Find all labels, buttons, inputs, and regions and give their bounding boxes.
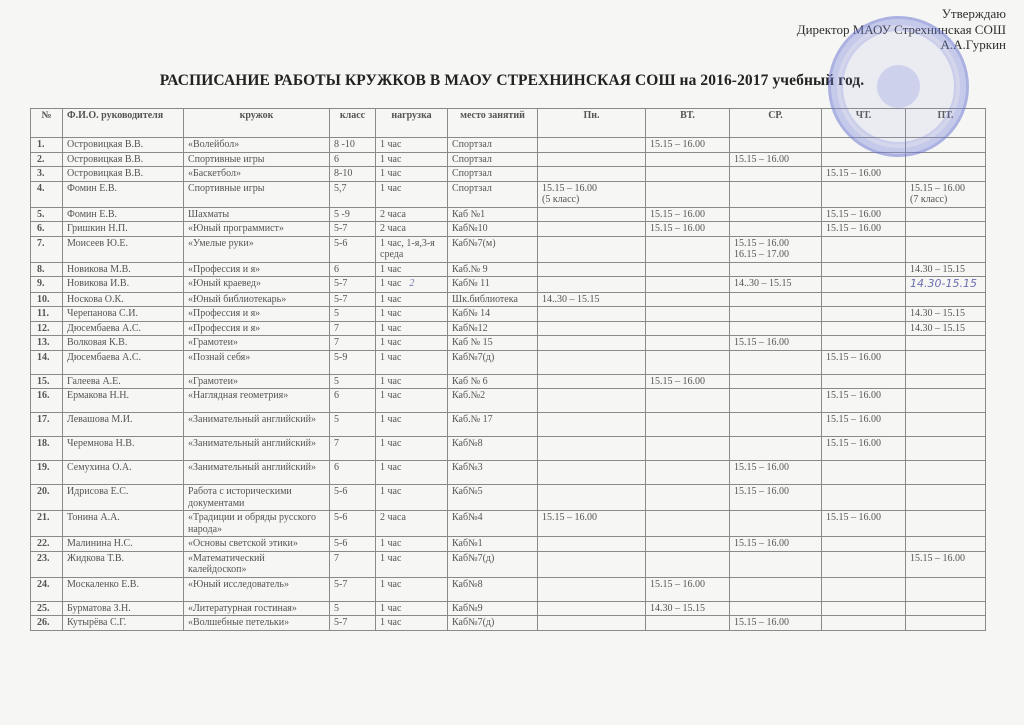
cell-club: «Традиции и обряды русского народа»	[184, 511, 330, 537]
cell-thu	[822, 374, 906, 389]
cell-wed: 15.15 – 16.00	[730, 537, 822, 552]
load-value: 1 час	[380, 603, 401, 614]
load-value: 1 час	[380, 264, 401, 275]
cell-num: 9.	[31, 277, 63, 293]
page-title: РАСПИСАНИЕ РАБОТЫ КРУЖКОВ В МАОУ СТРЕХНИ…	[0, 72, 1024, 90]
cell-club: «Занимательный английский»	[184, 413, 330, 437]
cell-club: «Занимательный английский»	[184, 461, 330, 485]
cell-mon	[538, 350, 646, 374]
cell-mon	[538, 277, 646, 293]
place-value: Каб№7(д)	[452, 352, 494, 363]
club-value: «Занимательный английский»	[188, 438, 316, 449]
cell-num: 16.	[31, 389, 63, 413]
cell-tue: 15.15 – 16.00	[646, 138, 730, 153]
cell-fri	[906, 511, 986, 537]
cell-load: 1 час	[376, 167, 448, 182]
cell-grade: 5-7	[330, 616, 376, 631]
cell-teacher: Гришкин Н.П.	[63, 222, 184, 237]
table-row: 9.Новикова И.В.«Юный краевед»5-71 час2Ка…	[31, 277, 986, 293]
num-value: 24.	[37, 579, 50, 590]
header-thu: ЧТ.	[822, 109, 906, 138]
cell-num: 10.	[31, 292, 63, 307]
mon-value: 14..30 – 15.15	[542, 294, 600, 305]
cell-teacher: Семухина О.А.	[63, 461, 184, 485]
place-value: Каб№10	[452, 223, 488, 234]
cell-thu	[822, 321, 906, 336]
cell-num: 14.	[31, 350, 63, 374]
cell-wed	[730, 601, 822, 616]
cell-grade: 5-7	[330, 277, 376, 293]
cell-wed	[730, 222, 822, 237]
cell-place: Спортзал	[448, 152, 538, 167]
teacher-value: Малинина Н.С.	[67, 538, 133, 549]
cell-mon	[538, 437, 646, 461]
table-row: 24.Москаленко Е.В.«Юный исследователь»5-…	[31, 577, 986, 601]
load-value: 1 час	[380, 390, 401, 401]
fri-value: 15.15 – 16.00 (7 класс)	[910, 183, 965, 206]
wed-value: 15.15 – 16.00	[734, 486, 789, 497]
cell-mon	[538, 236, 646, 262]
fri-value: 14.30-15.15	[910, 277, 977, 290]
place-value: Спортзал	[452, 183, 492, 194]
teacher-value: Кутырёва С.Г.	[67, 617, 126, 628]
cell-tue	[646, 616, 730, 631]
cell-place: Каб № 15	[448, 336, 538, 351]
cell-wed	[730, 207, 822, 222]
cell-num: 18.	[31, 437, 63, 461]
cell-club: «Литературная гостиная»	[184, 601, 330, 616]
cell-teacher: Островицкая В.В.	[63, 138, 184, 153]
cell-teacher: Моисеев Ю.Е.	[63, 236, 184, 262]
teacher-value: Галеева А.Е.	[67, 376, 121, 387]
load-value: 1 час	[380, 486, 401, 497]
header-teacher: Ф.И.О. руководителя	[63, 109, 184, 138]
cell-load: 1 час	[376, 601, 448, 616]
cell-load: 1 час	[376, 321, 448, 336]
club-value: «Волшебные петельки»	[188, 617, 289, 628]
table-row: 13.Волковая К.В.«Грамотеи»71 часКаб № 15…	[31, 336, 986, 351]
club-value: «Волейбол»	[188, 139, 239, 150]
num-value: 10.	[37, 294, 50, 305]
thu-value: 15.15 – 16.00	[826, 512, 881, 523]
cell-fri	[906, 236, 986, 262]
table-row: 23.Жидкова Т.В.«Математический калейдоск…	[31, 551, 986, 577]
cell-fri	[906, 336, 986, 351]
teacher-value: Черемнова Н.В.	[67, 438, 134, 449]
table-row: 4.Фомин Е.В.Спортивные игры5,71 часСпорт…	[31, 181, 986, 207]
grade-value: 5-7	[334, 294, 347, 305]
cell-load: 1 час	[376, 551, 448, 577]
cell-grade: 5 -9	[330, 207, 376, 222]
cell-grade: 7	[330, 551, 376, 577]
club-value: «Занимательный английский»	[188, 462, 316, 473]
cell-fri	[906, 601, 986, 616]
cell-fri	[906, 222, 986, 237]
num-value: 18.	[37, 438, 50, 449]
cell-place: Каб.№ 17	[448, 413, 538, 437]
club-value: «Грамотеи»	[188, 376, 238, 387]
num-value: 20.	[37, 486, 50, 497]
cell-fri	[906, 152, 986, 167]
cell-load: 1 час	[376, 181, 448, 207]
cell-wed	[730, 437, 822, 461]
grade-value: 5	[334, 308, 339, 319]
club-value: «Юный исследователь»	[188, 579, 289, 590]
header-wed: СР.	[730, 109, 822, 138]
cell-teacher: Черепанова С.И.	[63, 307, 184, 322]
place-value: Каб№9	[452, 603, 483, 614]
thu-value: 15.15 – 16.00	[826, 438, 881, 449]
cell-place: Каб№9	[448, 601, 538, 616]
cell-place: Каб№ 11	[448, 277, 538, 293]
cell-place: Каб№1	[448, 537, 538, 552]
cell-load: 2 часа	[376, 207, 448, 222]
cell-wed	[730, 511, 822, 537]
cell-thu	[822, 138, 906, 153]
cell-place: Каб№12	[448, 321, 538, 336]
club-value: «Литературная гостиная»	[188, 603, 297, 614]
cell-club: «Юный краевед»	[184, 277, 330, 293]
load-value: 1 час	[380, 538, 401, 549]
club-value: «Профессия и я»	[188, 264, 260, 275]
cell-teacher: Фомин Е.В.	[63, 207, 184, 222]
cell-teacher: Кутырёва С.Г.	[63, 616, 184, 631]
teacher-value: Новикова М.В.	[67, 264, 131, 275]
teacher-value: Островицкая В.В.	[67, 154, 143, 165]
load-value: 1 час	[380, 337, 401, 348]
cell-tue	[646, 277, 730, 293]
cell-mon	[538, 336, 646, 351]
cell-thu	[822, 616, 906, 631]
table-row: 16.Ермакова Н.Н.«Наглядная геометрия»61 …	[31, 389, 986, 413]
load-value: 2 часа	[380, 223, 406, 234]
tue-value: 14.30 – 15.15	[650, 603, 705, 614]
cell-mon	[538, 389, 646, 413]
cell-grade: 5-7	[330, 577, 376, 601]
grade-value: 6	[334, 154, 339, 165]
cell-tue	[646, 413, 730, 437]
grade-value: 5-9	[334, 352, 347, 363]
cell-thu	[822, 292, 906, 307]
cell-club: «Наглядная геометрия»	[184, 389, 330, 413]
teacher-value: Жидкова Т.В.	[67, 553, 124, 564]
num-value: 17.	[37, 414, 50, 425]
cell-teacher: Волковая К.В.	[63, 336, 184, 351]
num-value: 12.	[37, 323, 50, 334]
cell-fri	[906, 437, 986, 461]
cell-fri	[906, 292, 986, 307]
table-row: 15.Галеева А.Е.«Грамотеи»51 часКаб № 615…	[31, 374, 986, 389]
cell-fri	[906, 138, 986, 153]
cell-fri	[906, 413, 986, 437]
cell-club: «Занимательный английский»	[184, 437, 330, 461]
cell-wed: 15.15 – 16.00	[730, 616, 822, 631]
teacher-value: Черепанова С.И.	[67, 308, 138, 319]
fri-value: 14.30 – 15.15	[910, 308, 965, 319]
cell-wed	[730, 307, 822, 322]
cell-teacher: Москаленко Е.В.	[63, 577, 184, 601]
cell-mon	[538, 577, 646, 601]
teacher-value: Островицкая В.В.	[67, 139, 143, 150]
cell-mon	[538, 262, 646, 277]
cell-thu: 15.15 – 16.00	[822, 413, 906, 437]
cell-num: 13.	[31, 336, 63, 351]
cell-thu	[822, 277, 906, 293]
tue-value: 15.15 – 16.00	[650, 139, 705, 150]
cell-tue	[646, 236, 730, 262]
table-row: 2.Островицкая В.В.Спортивные игры61 часС…	[31, 152, 986, 167]
cell-tue	[646, 292, 730, 307]
table-row: 11.Черепанова С.И.«Профессия и я»51 часК…	[31, 307, 986, 322]
place-value: Каб№3	[452, 462, 483, 473]
club-value: Работа с историческими документами	[188, 486, 292, 509]
table-row: 3.Островицкая В.В.«Баскетбол»8-101 часСп…	[31, 167, 986, 182]
num-value: 25.	[37, 603, 50, 614]
cell-wed	[730, 389, 822, 413]
cell-load: 1 час	[376, 336, 448, 351]
cell-fri	[906, 389, 986, 413]
cell-mon	[538, 413, 646, 437]
mon-value: 15.15 – 16.00	[542, 512, 597, 523]
num-value: 23.	[37, 553, 50, 564]
cell-place: Каб№5	[448, 485, 538, 511]
grade-value: 5-6	[334, 238, 347, 249]
grade-value: 5	[334, 603, 339, 614]
cell-club: «Волейбол»	[184, 138, 330, 153]
cell-wed	[730, 262, 822, 277]
cell-grade: 5	[330, 307, 376, 322]
table-row: 19.Семухина О.А.«Занимательный английски…	[31, 461, 986, 485]
cell-teacher: Дюсембаева А.С.	[63, 350, 184, 374]
tue-value: 15.15 – 16.00	[650, 579, 705, 590]
cell-wed	[730, 374, 822, 389]
cell-num: 12.	[31, 321, 63, 336]
cell-fri	[906, 616, 986, 631]
teacher-value: Тонина А.А.	[67, 512, 120, 523]
fri-value: 15.15 – 16.00	[910, 553, 965, 564]
cell-thu: 15.15 – 16.00	[822, 511, 906, 537]
cell-tue	[646, 152, 730, 167]
cell-place: Каб № 6	[448, 374, 538, 389]
cell-grade: 5-6	[330, 537, 376, 552]
cell-thu	[822, 537, 906, 552]
cell-club: «Профессия и я»	[184, 321, 330, 336]
num-value: 3.	[37, 168, 45, 179]
club-value: «Юный краевед»	[188, 278, 261, 289]
table-row: 8.Новикова М.В.«Профессия и я»61 часКаб.…	[31, 262, 986, 277]
cell-mon	[538, 485, 646, 511]
header-num: №	[31, 109, 63, 138]
cell-fri	[906, 167, 986, 182]
teacher-value: Бурматова З.Н.	[67, 603, 131, 614]
cell-fri	[906, 577, 986, 601]
cell-thu: 15.15 – 16.00	[822, 350, 906, 374]
cell-teacher: Левашова М.И.	[63, 413, 184, 437]
num-value: 1.	[37, 139, 45, 150]
cell-thu	[822, 601, 906, 616]
cell-num: 15.	[31, 374, 63, 389]
schedule-table: № Ф.И.О. руководителя кружок класс нагру…	[30, 108, 986, 631]
num-value: 13.	[37, 337, 50, 348]
cell-load: 1 час	[376, 307, 448, 322]
approval-block: Утверждаю Директор МАОУ Стрехнинская СОШ…	[797, 6, 1006, 53]
grade-value: 8-10	[334, 168, 352, 179]
cell-place: Каб.№2	[448, 389, 538, 413]
cell-place: Каб№ 14	[448, 307, 538, 322]
cell-place: Каб№3	[448, 461, 538, 485]
num-value: 14.	[37, 352, 50, 363]
table-row: 6.Гришкин Н.П.«Юный программист»5-72 час…	[31, 222, 986, 237]
cell-load: 1 час	[376, 350, 448, 374]
cell-tue	[646, 551, 730, 577]
cell-teacher: Дюсембаева А.С.	[63, 321, 184, 336]
cell-load: 1 час, 1-я,3-я среда	[376, 236, 448, 262]
cell-tue	[646, 321, 730, 336]
cell-mon	[538, 461, 646, 485]
cell-thu	[822, 262, 906, 277]
cell-grade: 5-6	[330, 511, 376, 537]
teacher-value: Левашова М.И.	[67, 414, 133, 425]
cell-fri	[906, 461, 986, 485]
load-value: 1 час	[380, 154, 401, 165]
cell-tue	[646, 336, 730, 351]
cell-club: «Грамотеи»	[184, 336, 330, 351]
table-row: 5.Фомин Е.В.Шахматы5 -92 часаКаб №115.15…	[31, 207, 986, 222]
cell-grade: 6	[330, 389, 376, 413]
num-value: 19.	[37, 462, 50, 473]
load-value: 1 час	[380, 352, 401, 363]
table-row: 26.Кутырёва С.Г.«Волшебные петельки»5-71…	[31, 616, 986, 631]
cell-teacher: Островицкая В.В.	[63, 167, 184, 182]
num-value: 2.	[37, 154, 45, 165]
cell-wed: 15.15 – 16.00	[730, 461, 822, 485]
cell-load: 1 час	[376, 485, 448, 511]
cell-num: 6.	[31, 222, 63, 237]
num-value: 15.	[37, 376, 50, 387]
cell-fri	[906, 374, 986, 389]
load-value: 2 часа	[380, 209, 406, 220]
cell-num: 8.	[31, 262, 63, 277]
place-value: Каб № 6	[452, 376, 488, 387]
cell-load: 1 час	[376, 262, 448, 277]
cell-teacher: Новикова М.В.	[63, 262, 184, 277]
thu-value: 15.15 – 16.00	[826, 414, 881, 425]
grade-value: 5-7	[334, 617, 347, 628]
cell-fri: 14.30-15.15	[906, 277, 986, 293]
club-value: «Юный программист»	[188, 223, 284, 234]
place-value: Каб№4	[452, 512, 483, 523]
club-value: «Баскетбол»	[188, 168, 241, 179]
cell-club: «Познай себя»	[184, 350, 330, 374]
handwritten-mark: 2	[409, 278, 414, 289]
cell-mon	[538, 537, 646, 552]
cell-tue	[646, 350, 730, 374]
place-value: Спортзал	[452, 168, 492, 179]
cell-num: 5.	[31, 207, 63, 222]
cell-mon: 14..30 – 15.15	[538, 292, 646, 307]
cell-teacher: Малинина Н.С.	[63, 537, 184, 552]
cell-club: «Математический калейдоскоп»	[184, 551, 330, 577]
cell-mon: 15.15 – 16.00 (5 класс)	[538, 181, 646, 207]
load-value: 1 час	[380, 139, 401, 150]
num-value: 16.	[37, 390, 50, 401]
num-value: 9.	[37, 278, 45, 289]
cell-tue	[646, 181, 730, 207]
cell-place: Каб№7(д)	[448, 616, 538, 631]
cell-load: 1 час	[376, 413, 448, 437]
wed-value: 14..30 – 15.15	[734, 278, 792, 289]
cell-place: Каб№7(м)	[448, 236, 538, 262]
cell-num: 11.	[31, 307, 63, 322]
cell-mon	[538, 321, 646, 336]
cell-load: 1 час	[376, 374, 448, 389]
club-value: Спортивные игры	[188, 154, 265, 165]
cell-wed: 15.15 – 16.00	[730, 485, 822, 511]
place-value: Спортзал	[452, 139, 492, 150]
cell-fri: 14.30 – 15.15	[906, 262, 986, 277]
grade-value: 7	[334, 337, 339, 348]
thu-value: 15.15 – 16.00	[826, 223, 881, 234]
cell-place: Шк.библиотека	[448, 292, 538, 307]
cell-tue	[646, 389, 730, 413]
teacher-value: Дюсембаева А.С.	[67, 323, 141, 334]
cell-grade: 5-6	[330, 236, 376, 262]
table-row: 7.Моисеев Ю.Е.«Умелые руки»5-61 час, 1-я…	[31, 236, 986, 262]
club-value: «Юный библиотекарь»	[188, 294, 286, 305]
grade-value: 5	[334, 376, 339, 387]
grade-value: 7	[334, 323, 339, 334]
cell-place: Каб.№ 9	[448, 262, 538, 277]
cell-grade: 6	[330, 461, 376, 485]
cell-thu	[822, 336, 906, 351]
cell-load: 1 час	[376, 152, 448, 167]
grade-value: 5	[334, 414, 339, 425]
load-value: 1 час	[380, 278, 401, 289]
approval-line-name: А.А.Гуркин	[797, 37, 1006, 53]
cell-tue	[646, 307, 730, 322]
cell-place: Спортзал	[448, 138, 538, 153]
cell-mon: 15.15 – 16.00	[538, 511, 646, 537]
cell-club: «Баскетбол»	[184, 167, 330, 182]
cell-load: 2 часа	[376, 511, 448, 537]
cell-teacher: Новикова И.В.	[63, 277, 184, 293]
cell-mon	[538, 616, 646, 631]
cell-load: 1 час	[376, 537, 448, 552]
cell-thu: 15.15 – 16.00	[822, 437, 906, 461]
cell-thu	[822, 181, 906, 207]
cell-num: 2.	[31, 152, 63, 167]
grade-value: 5 -9	[334, 209, 350, 220]
cell-thu: 15.15 – 16.00	[822, 207, 906, 222]
cell-wed: 14..30 – 15.15	[730, 277, 822, 293]
cell-mon	[538, 551, 646, 577]
cell-thu: 15.15 – 16.00	[822, 167, 906, 182]
cell-load: 1 час	[376, 292, 448, 307]
place-value: Каб.№2	[452, 390, 485, 401]
cell-tue: 14.30 – 15.15	[646, 601, 730, 616]
thu-value: 15.15 – 16.00	[826, 209, 881, 220]
cell-tue: 15.15 – 16.00	[646, 222, 730, 237]
club-value: «Познай себя»	[188, 352, 250, 363]
cell-thu	[822, 461, 906, 485]
grade-value: 5-7	[334, 223, 347, 234]
cell-num: 22.	[31, 537, 63, 552]
grade-value: 6	[334, 462, 339, 473]
club-value: «Традиции и обряды русского народа»	[188, 512, 316, 535]
cell-num: 7.	[31, 236, 63, 262]
header-fri: ПТ.	[906, 109, 986, 138]
cell-grade: 6	[330, 262, 376, 277]
